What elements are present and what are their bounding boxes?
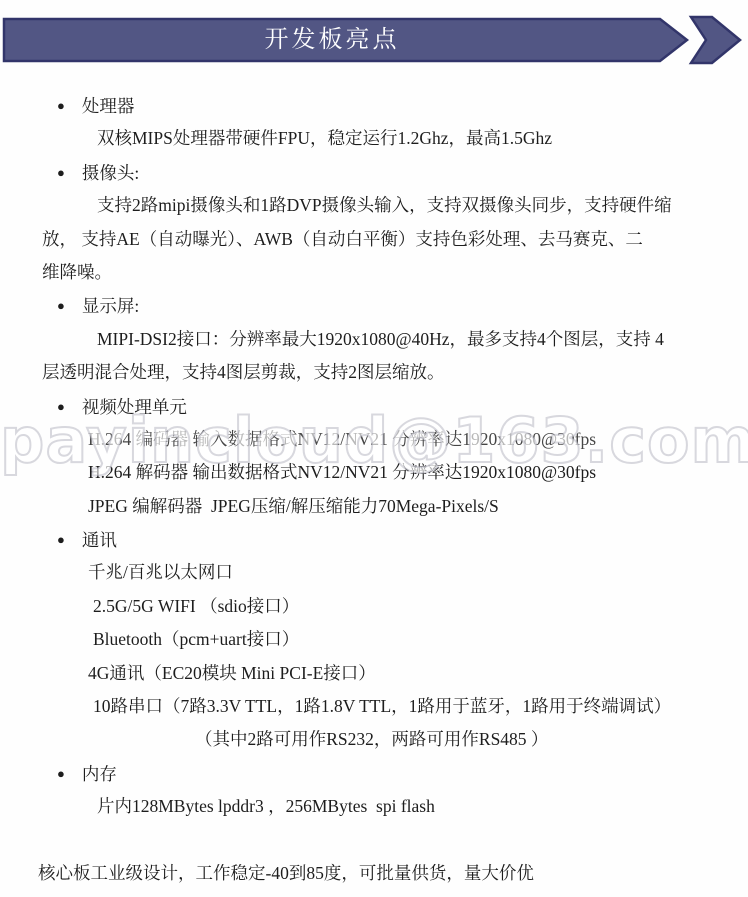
document-page: 开发板亮点 payincloud@163.com ●处理器 双核MIPS处理器带…: [0, 0, 748, 897]
spec-line: 双核MIPS处理器带硬件FPU，稳定运行1.2Ghz，最高1.5Ghz: [97, 122, 748, 155]
footer-note: 核心板工业级设计，工作稳定-40到85度，可批量供货，量大价优: [38, 857, 748, 890]
highlights-list: ●处理器 双核MIPS处理器带硬件FPU，稳定运行1.2Ghz，最高1.5Ghz…: [0, 89, 748, 890]
section-label-camera: 摄像头:: [82, 163, 139, 183]
section-label-display: 显示屏:: [82, 296, 139, 316]
note-line: （其中2路可用作RS232，两路可用作RS485 ）: [195, 723, 748, 756]
section-label-memory: 内存: [82, 764, 117, 784]
spec-line: 4G通讯（EC20模块 Mini PCI-E接口）: [88, 657, 748, 690]
section-label-row: ●显示屏:: [57, 289, 748, 322]
spec-line: MIPI-DSI2接口：分辨率最大1920x1080@40Hz，最多支持4个图层…: [97, 323, 748, 356]
section-label-row: ●内存: [57, 757, 748, 790]
page-title: 开发板亮点: [4, 19, 660, 61]
spec-line: 千兆/百兆以太网口: [88, 556, 748, 589]
spec-line: 维降噪。: [42, 256, 748, 289]
spec-line: 支持2路mipi摄像头和1路DVP摄像头输入，支持双摄像头同步，支持硬件缩: [97, 189, 748, 222]
section-label-row: ●处理器: [57, 89, 748, 122]
spec-line: 放， 支持AE（自动曝光）、AWB（自动白平衡）支持色彩处理、去马赛克、二: [42, 223, 748, 256]
spec-line: 片内128MBytes lpddr3 ，256MBytes spi flash: [97, 790, 748, 823]
spec-line: 2.5G/5G WIFI （sdio接口）: [93, 590, 748, 623]
bullet-icon: ●: [57, 757, 65, 790]
bullet-icon: ●: [57, 89, 65, 122]
section-label-row: ●摄像头:: [57, 156, 748, 189]
spec-line: H.264 解码器 输出数据格式NV12/NV21 分辨率达1920x1080@…: [88, 456, 748, 489]
section-label-comm: 通讯: [82, 530, 117, 550]
section-label-row: ●视频处理单元: [57, 390, 748, 423]
section-label-row: ●通讯: [57, 523, 748, 556]
chevron-icon: [691, 17, 740, 63]
section-label-processor: 处理器: [82, 96, 135, 116]
spec-line: Bluetooth（pcm+uart接口）: [93, 623, 748, 656]
section-label-video: 视频处理单元: [82, 397, 187, 417]
bullet-icon: ●: [57, 390, 65, 423]
spec-line: 10路串口（7路3.3V TTL，1路1.8V TTL，1路用于蓝牙，1路用于终…: [93, 690, 748, 723]
bullet-icon: ●: [57, 289, 65, 322]
bullet-icon: ●: [57, 156, 65, 189]
spacer-line: [0, 824, 748, 857]
spec-line: 层透明混合处理，支持4图层剪裁，支持2图层缩放。: [42, 356, 748, 389]
bullet-icon: ●: [57, 523, 65, 556]
spec-line: H.264 编码器 输入数据格式NV12/NV21 分辨率达1920x1080@…: [88, 423, 748, 456]
spec-line: JPEG 编解码器 JPEG压缩/解压缩能力70Mega-Pixels/S: [88, 490, 748, 523]
